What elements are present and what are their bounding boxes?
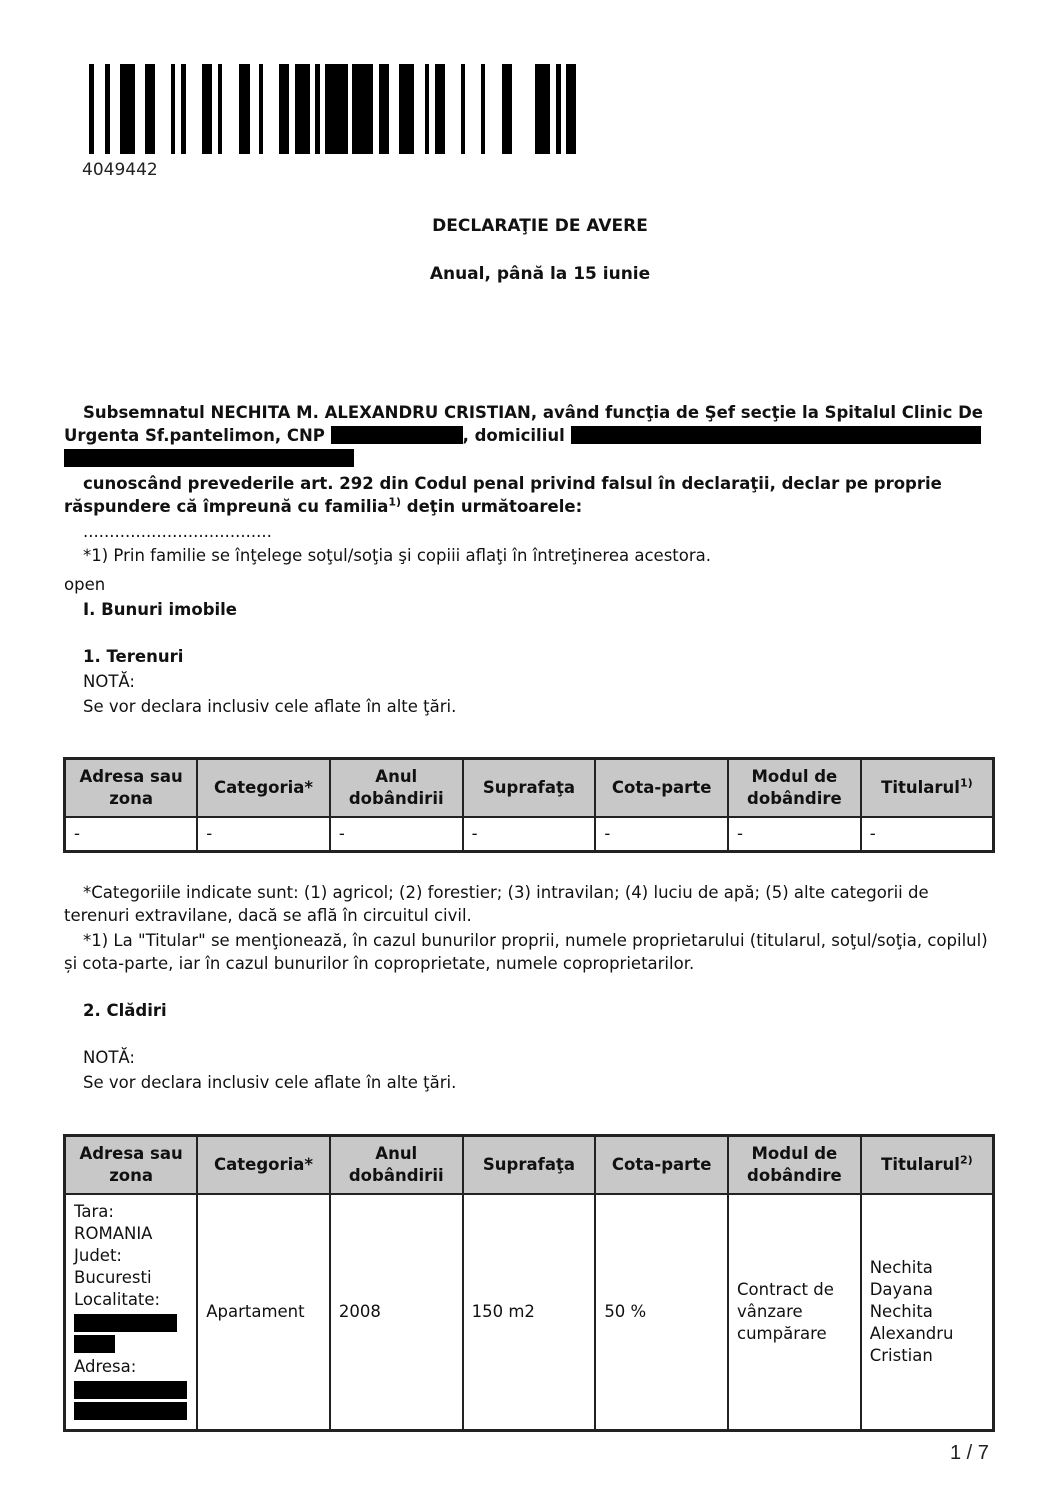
declarant-intro: Subsemnatul NECHITA M. ALEXANDRU CRISTIA… <box>64 401 999 470</box>
document-title: DECLARAŢIE DE AVERE <box>0 216 1058 236</box>
column-header: Modul de dobândire <box>728 1136 861 1195</box>
table-cell: - <box>65 817 198 851</box>
titular-label: Titularul <box>881 1155 960 1174</box>
barcode-bar <box>171 64 175 154</box>
barcode-bar <box>535 64 550 154</box>
barcode-bar <box>279 64 289 154</box>
redacted-adresa-continued <box>74 1402 187 1420</box>
table-cell: - <box>861 817 994 851</box>
barcode-bar <box>566 64 576 154</box>
table-header-row: Adresa sau zona Categoria* Anul dobândir… <box>65 759 994 818</box>
column-header: Anul dobândirii <box>330 759 463 818</box>
column-header: Categoria* <box>197 759 330 818</box>
table-cell: - <box>728 817 861 851</box>
column-header: Adresa sau zona <box>65 1136 198 1195</box>
column-header: Cota-parte <box>595 759 728 818</box>
barcode <box>89 64 573 154</box>
judet-value: Bucuresti <box>74 1267 188 1289</box>
table-cell: - <box>197 817 330 851</box>
table-cell: Apartament <box>197 1194 330 1430</box>
redacted-address-continued <box>64 449 354 467</box>
column-header: Modul de dobândire <box>728 759 861 818</box>
page-number: 1 / 7 <box>950 1442 989 1465</box>
statement-text-end: deţin următoarele: <box>401 497 582 516</box>
barcode-bar <box>218 64 222 154</box>
open-marker: open <box>64 573 999 596</box>
barcode-bar <box>295 64 310 154</box>
barcode-bar <box>120 64 135 154</box>
table-row: Tara: ROMANIA Judet: Bucuresti Localitat… <box>65 1194 994 1430</box>
barcode-bar <box>352 64 373 154</box>
barcode-number: 4049442 <box>82 160 158 180</box>
redacted-localitate-continued <box>74 1335 115 1353</box>
redacted-cnp <box>331 426 463 444</box>
adresa-label: Adresa: <box>74 1356 188 1378</box>
column-header: Suprafaţa <box>463 1136 596 1195</box>
redacted-localitate <box>74 1314 177 1332</box>
barcode-bar <box>105 64 110 154</box>
domiciliu-label: , domiciliul <box>463 426 565 445</box>
column-header-titular: Titularul1) <box>861 759 994 818</box>
judet-label: Judet: <box>74 1245 188 1267</box>
barcode-bar <box>239 64 250 154</box>
redacted-adresa <box>74 1381 187 1399</box>
column-header: Suprafaţa <box>463 759 596 818</box>
terenuri-table: Adresa sau zona Categoria* Anul dobândir… <box>63 757 995 853</box>
declaration-statement: cunoscând prevederile art. 292 din Codul… <box>64 472 999 518</box>
subsection-title-terenuri: 1. Terenuri <box>64 645 999 668</box>
footnote-titular: *1) La "Titular" se menţionează, în cazu… <box>64 929 999 975</box>
footnote-ref: 1) <box>960 777 973 790</box>
table-cell: Nechita Dayana Nechita Alexandru Cristia… <box>861 1194 994 1430</box>
barcode-bar <box>315 64 320 154</box>
barcode-bar <box>379 64 389 154</box>
table-cell: - <box>463 817 596 851</box>
table-cell: 2008 <box>330 1194 463 1430</box>
table-cell: Contract de vânzare cumpărare <box>728 1194 861 1430</box>
column-header: Adresa sau zona <box>65 759 198 818</box>
barcode-bar <box>481 64 485 154</box>
table-cell: - <box>595 817 728 851</box>
section-title-bunuri-imobile: I. Bunuri imobile <box>64 598 999 621</box>
barcode-bar <box>425 64 429 154</box>
barcode-bar <box>556 64 561 154</box>
barcode-bar <box>435 64 445 154</box>
table-cell: 150 m2 <box>463 1194 596 1430</box>
column-header: Anul dobândirii <box>330 1136 463 1195</box>
table-header-row: Adresa sau zona Categoria* Anul dobândir… <box>65 1136 994 1195</box>
barcode-bar <box>325 64 348 154</box>
titular-label: Titularul <box>881 778 960 797</box>
document-subtitle: Anual, până la 15 iunie <box>0 264 1058 284</box>
footnote-ref: 2) <box>960 1154 973 1167</box>
barcode-bar <box>259 64 263 154</box>
tara-label: Tara: <box>74 1201 188 1223</box>
barcode-bar <box>461 64 465 154</box>
nota-text-cladiri: Se vor declara inclusiv cele aflate în a… <box>64 1071 999 1094</box>
tara-value: ROMANIA <box>74 1223 188 1245</box>
barcode-bar <box>502 64 512 154</box>
nota-label-terenuri: NOTĂ: <box>64 670 999 693</box>
column-header: Cota-parte <box>595 1136 728 1195</box>
nota-text-terenuri: Se vor declara inclusiv cele aflate în a… <box>64 695 999 718</box>
footnote-categories: *Categoriile indicate sunt: (1) agricol;… <box>64 881 999 927</box>
table-cell: 50 % <box>595 1194 728 1430</box>
barcode-bar <box>181 64 186 154</box>
column-header: Categoria* <box>197 1136 330 1195</box>
cladiri-table: Adresa sau zona Categoria* Anul dobândir… <box>63 1134 995 1432</box>
barcode-bar <box>89 64 94 154</box>
barcode-bar <box>399 64 414 154</box>
nota-label-cladiri: NOTĂ: <box>64 1046 999 1069</box>
dots-line: .................................... <box>64 520 999 543</box>
subsection-title-cladiri: 2. Clădiri <box>64 999 999 1022</box>
table-row: - - - - - - - <box>65 817 994 851</box>
table-cell: - <box>330 817 463 851</box>
redacted-address <box>571 426 981 444</box>
barcode-bar <box>145 64 155 154</box>
localitate-label: Localitate: <box>74 1289 188 1311</box>
family-note: *1) Prin familie se înţelege soţul/soţia… <box>64 544 999 567</box>
column-header-titular: Titularul2) <box>861 1136 994 1195</box>
barcode-bar <box>202 64 212 154</box>
footnote-ref: 1) <box>388 496 401 509</box>
address-cell: Tara: ROMANIA Judet: Bucuresti Localitat… <box>65 1194 198 1430</box>
